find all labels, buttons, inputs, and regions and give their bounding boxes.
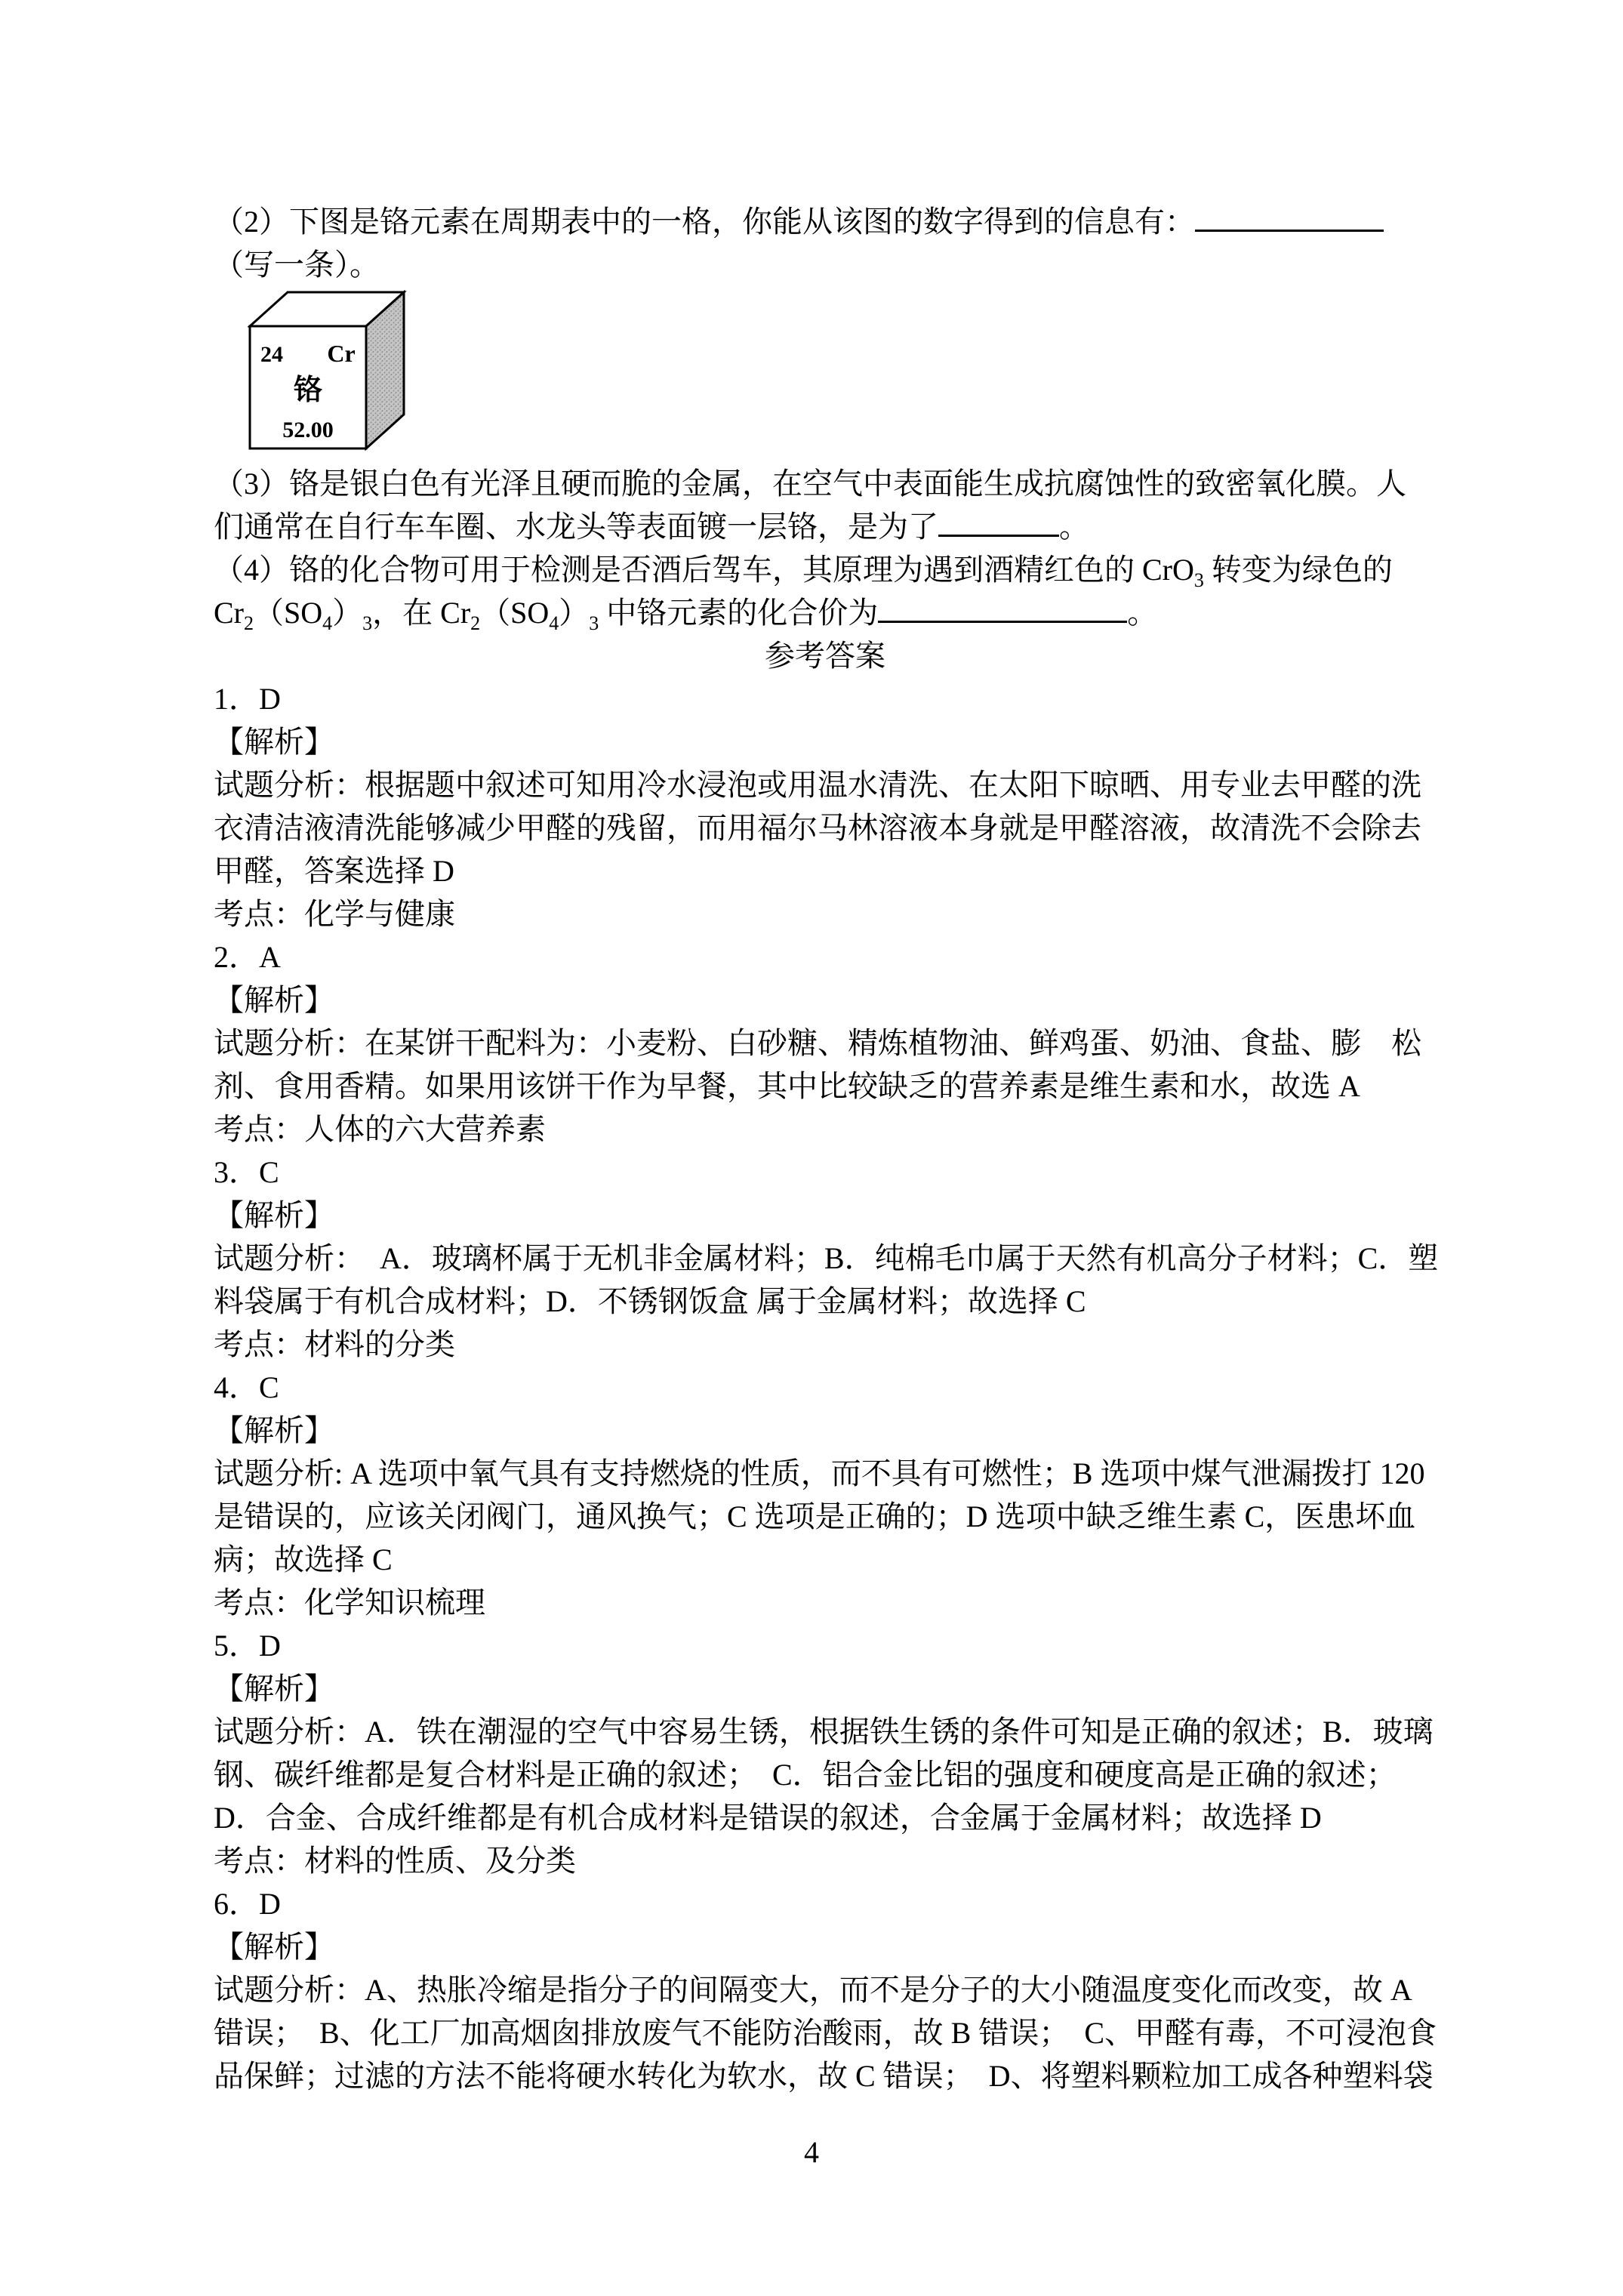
document-page: （2）下图是铬元素在周期表中的一格，你能从该图的数字得到的信息有： （写一条）。 <box>0 0 1623 2296</box>
formula-subscript: 2 <box>470 612 480 634</box>
question-3-text: （3）铬是银白色有光泽且硬而脆的金属，在空气中表面能生成抗腐蚀性的致密氧化膜。人 <box>214 467 1406 501</box>
answer-line: 【解析】 <box>214 720 1437 763</box>
atomic-number: 24 <box>260 342 283 367</box>
formula-paren: ） <box>559 596 589 630</box>
formula-cro3-subscript: 3 <box>1194 569 1204 591</box>
answer-line: 试题分析：根据题中叙述可知用冷水浸泡或用温水清洗、在太阳下晾晒、用专业去甲醛的洗 <box>214 763 1437 806</box>
page-content: （2）下图是铬元素在周期表中的一格，你能从该图的数字得到的信息有： （写一条）。 <box>214 200 1437 2097</box>
element-symbol: Cr <box>327 340 355 367</box>
answer-line: 【解析】 <box>214 978 1437 1022</box>
answer-line: D．合金、合成纤维都是有机合成材料是错误的叙述，合金属于金属材料；故选择 D <box>214 1796 1437 1839</box>
question-4-line-2: Cr2（SO4）3，在 Cr2（SO4）3 中铬元素的化合价为。 <box>214 591 1437 634</box>
answer-line: 2．A <box>214 935 1437 978</box>
question-3-text-2: 们通常在自行车车圈、水龙头等表面镀一层铬，是为了 <box>214 510 938 544</box>
answer-line: 1．D <box>214 677 1437 720</box>
answer-line: 试题分析：A、热胀冷缩是指分子的间隔变大，而不是分子的大小随温度变化而改变，故 … <box>214 1968 1437 2011</box>
answers-header: 参考答案 <box>214 634 1437 677</box>
answer-blank <box>938 507 1059 537</box>
answer-line: 考点：材料的性质、及分类 <box>214 1839 1437 1882</box>
question-2-line-1: （2）下图是铬元素在周期表中的一格，你能从该图的数字得到的信息有： <box>214 200 1437 243</box>
answer-line: 剂、食用香精。如果用该饼干作为早餐，其中比较缺乏的营养素是维生素和水，故选 A <box>214 1065 1437 1108</box>
answer-line: 甲醛，答案选择 D <box>214 849 1437 892</box>
answer-line: 病；故选择 C <box>214 1538 1437 1581</box>
answer-line: 6．D <box>214 1882 1437 1925</box>
formula-subscript: 4 <box>549 612 559 634</box>
formula-so4-base: （SO <box>480 596 549 630</box>
question-3-line-1: （3）铬是银白色有光泽且硬而脆的金属，在空气中表面能生成抗腐蚀性的致密氧化膜。人 <box>214 462 1437 505</box>
question-2-text: （2）下图是铬元素在周期表中的一格，你能从该图的数字得到的信息有： <box>214 205 1195 239</box>
question-4-period: 。 <box>1127 596 1157 630</box>
formula-so4-base: （SO <box>254 596 322 630</box>
question-4-text-end: 中铬元素的化合价为 <box>599 596 878 630</box>
question-2-note: （写一条）。 <box>214 248 380 282</box>
answer-line: 考点：人体的六大营养素 <box>214 1108 1437 1151</box>
answer-line: 品保鲜；过滤的方法不能将硬水转化为软水，故 C 错误； D、将塑料颗粒加工成各种… <box>214 2054 1437 2097</box>
answer-line: 3．C <box>214 1151 1437 1194</box>
formula-subscript: 3 <box>589 612 599 634</box>
formula-subscript: 4 <box>322 612 332 634</box>
question-4-text: （4）铬的化合物可用于检测是否酒后驾车，其原理为遇到酒精红色的 <box>214 553 1142 587</box>
answer-blank <box>1195 202 1384 232</box>
answer-line: 错误； B、化工厂加高烟囱排放废气不能防治酸雨，故 B 错误； C、甲醛有毒，不… <box>214 2011 1437 2054</box>
formula-cr2so43-base: Cr <box>214 596 244 630</box>
question-4-line-1: （4）铬的化合物可用于检测是否酒后驾车，其原理为遇到酒精红色的 CrO3 转变为… <box>214 548 1437 591</box>
element-cell-diagram: 24 Cr 铬 52.00 <box>248 290 408 452</box>
element-name: 铬 <box>294 374 322 406</box>
answer-line: 试题分析：A．铁在潮湿的空气中容易生锈，根据铁生锈的条件可知是正确的叙述；B．玻… <box>214 1710 1437 1753</box>
answer-line: 料袋属于有机合成材料；D．不锈钢饭盒 属于金属材料；故选择 C <box>214 1280 1437 1323</box>
answer-line: 考点：材料的分类 <box>214 1323 1437 1366</box>
question-3-period: 。 <box>1059 510 1089 544</box>
question-3-line-2: 们通常在自行车车圈、水龙头等表面镀一层铬，是为了。 <box>214 505 1437 548</box>
element-cell-figure: 24 Cr 铬 52.00 <box>248 290 1437 456</box>
answer-line: 5．D <box>214 1624 1437 1667</box>
answer-line: 4．C <box>214 1366 1437 1409</box>
atomic-mass: 52.00 <box>282 418 334 442</box>
formula-subscript: 2 <box>244 612 254 634</box>
formula-cr2so43-base: Cr <box>440 596 470 630</box>
answer-line: 衣清洁液清洗能够减少甲醛的残留，而用福尔马林溶液本身就是甲醛溶液，故清洗不会除去 <box>214 806 1437 849</box>
answer-line: 试题分析: A 选项中氧气具有支持燃烧的性质，而不具有可燃性；B 选项中煤气泄漏… <box>214 1452 1437 1495</box>
question-4-mid: ，在 <box>372 596 440 630</box>
answer-line: 【解析】 <box>214 1925 1437 1968</box>
answer-line: 【解析】 <box>214 1194 1437 1237</box>
answer-line: 【解析】 <box>214 1409 1437 1452</box>
answer-line: 是错误的，应该关闭阀门，通风换气；C 选项是正确的；D 选项中缺乏维生素 C，医… <box>214 1495 1437 1538</box>
formula-paren: ） <box>332 596 362 630</box>
answer-line: 考点：化学知识梳理 <box>214 1581 1437 1624</box>
answer-line: 钢、碳纤维都是复合材料是正确的叙述； C．铝合金比铝的强度和硬度高是正确的叙述； <box>214 1753 1437 1796</box>
answer-line: 试题分析： A．玻璃杯属于无机非金属材料；B．纯棉毛巾属于天然有机高分子材料；C… <box>214 1237 1437 1280</box>
answer-line: 试题分析：在某饼干配料为：小麦粉、白砂糖、精炼植物油、鲜鸡蛋、奶油、食盐、膨 松 <box>214 1022 1437 1065</box>
formula-cro3-base: CrO <box>1142 553 1194 587</box>
question-4-text-cont: 转变为绿色的 <box>1204 553 1393 587</box>
answer-blank <box>878 593 1127 623</box>
answer-line: 【解析】 <box>214 1667 1437 1710</box>
answer-line: 考点：化学与健康 <box>214 892 1437 935</box>
formula-subscript: 3 <box>362 612 372 634</box>
question-2-line-2: （写一条）。 <box>214 243 1437 286</box>
page-number: 4 <box>0 2131 1623 2174</box>
